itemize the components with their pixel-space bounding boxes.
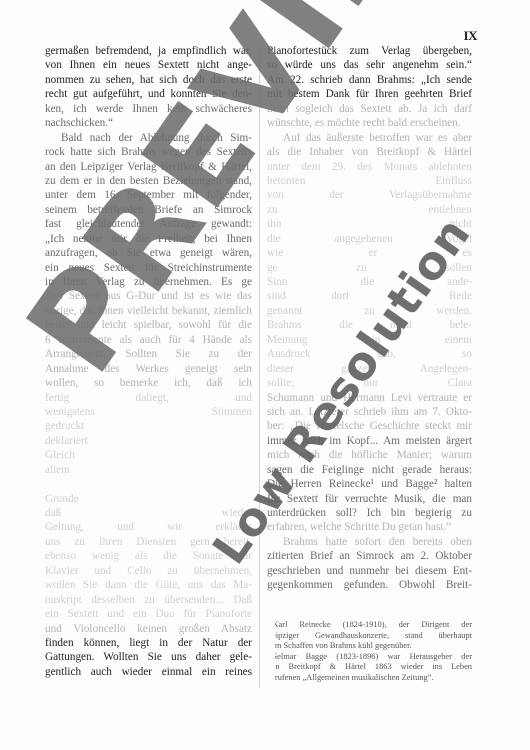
text-line: Sinn die ande- — [267, 275, 472, 289]
text-line: Die Herren Reinecke¹ und Bagge² halten — [267, 477, 472, 491]
text-line: nommen zu sehen, hat sich doch das erste — [45, 73, 252, 87]
text-line: heiter und leicht spielbar, sowohl für d… — [45, 318, 252, 332]
column-divider — [259, 48, 260, 688]
footnote-line: dem Schaffen von Brahms kühl gegenüber. — [275, 641, 472, 652]
text-line: ihn nicht — [267, 217, 472, 231]
footnote-text: Karl Reinecke (1824-1910), der Dirigent … — [275, 620, 472, 629]
text-line: denn sogleich das Sextett ab. Ja ich dar… — [267, 102, 472, 116]
text-line: unterdrücken soll? Ich bin begierig zu — [267, 506, 472, 520]
text-line: an den Leipziger Verlag Breitkopf & Härt… — [45, 160, 252, 174]
text-line: und Violoncello keinen großen Absatz — [45, 622, 252, 636]
text-line: Ausdruck gab, so — [267, 347, 472, 361]
text-line: Brahms die nicht bele- — [267, 318, 472, 332]
footnote-line: von Breitkopf & Härtel 1863 wieder ins L… — [275, 662, 472, 673]
text-line: Am 22. schrieb dann Brahms: „Ich sende — [267, 73, 472, 87]
text-line: Arrangement. Sollten Sie zu der — [45, 347, 252, 361]
text-line: Schumann und Hermann Levi vertraute er — [267, 391, 472, 405]
page-number: IX — [455, 28, 477, 44]
text-line: mit bestem Dank für Ihren geehrten Brief — [267, 87, 472, 101]
text-line: betonten Einfluss — [267, 174, 472, 188]
text-line: unter dem 16. September mit folgender, — [45, 188, 252, 202]
footnotes: ¹Karl Reinecke (1824-1910), der Dirigent… — [267, 620, 472, 684]
text-line: wollen Sie dann die Güte, uns das Ma- — [45, 578, 252, 592]
text-line: ein neues Sextett für Streichinstrumente — [45, 261, 252, 275]
text-line: in Ihren Verlag zu übernehmen. Es ge — [45, 275, 252, 289]
footnote-line: Leipziger Gewandhauskonzerte, stand über… — [275, 631, 472, 642]
text-line — [45, 477, 252, 491]
text-line: dieser ganzen Angelegen- — [267, 362, 472, 376]
text-line: gedruckt — [45, 419, 252, 433]
text-line: rock hatte sich Brahms wegen des Sextett… — [45, 145, 252, 159]
text-line: Pianofortestück zum Verlag übergeben, — [267, 44, 472, 58]
text-line: so würde uns das sehr angenehm sein.“ — [267, 58, 472, 72]
text-line: Gleich — [45, 448, 252, 462]
text-line: zu entlehnen — [267, 203, 472, 217]
text-line: allem — [45, 463, 252, 477]
text-line: gegenkommen gefunden. Obwohl Breit- — [267, 578, 472, 592]
text-line: ge zu sollen — [267, 261, 472, 275]
text-line: daß wieder — [45, 506, 252, 520]
text-line: genannt zu werden. — [267, 304, 472, 318]
text-line: von der Verlagsübernahme — [267, 188, 472, 202]
text-line: fast gleichlautender Anfrage gewandt: — [45, 217, 252, 231]
text-line: ken, ich werde Ihnen kein schwächeres — [45, 102, 252, 116]
footnote: ²Selmar Bagge (1823-1896) war Herausgebe… — [267, 652, 472, 684]
text-line: 6 Instrumente als auch für 4 Hände als — [45, 333, 252, 347]
text-line: vorige, das Ihnen vielleicht bekannt, zi… — [45, 304, 252, 318]
footnote-line: gerufenen „Allgemeinen musikalischen Zei… — [275, 673, 472, 684]
text-line: Annahme des Werkes geneigt sein — [45, 362, 252, 376]
text-line: Bald nach der Ablehnung durch Sim- — [45, 131, 252, 145]
text-line: fertig daliegt, und — [45, 391, 252, 405]
text-line: sagen die Feiglinge nicht gerade heraus: — [267, 463, 472, 477]
text-line: gentlich auch wieder einmal ein reines — [45, 665, 252, 679]
document-page: IX germaßen befremdend, ja empfindlich w… — [0, 0, 530, 750]
text-line: unter dem 29. des Monats ablehnten — [267, 160, 472, 174]
text-line: „Ich nehme mir die Freiheit, bei Ihnen — [45, 232, 252, 246]
text-line: sollte; nur Clara — [267, 376, 472, 390]
footnote-text: Selmar Bagge (1823-1896) war Herausgeber… — [275, 652, 472, 661]
text-line: Klavier und Cello zu übernehmen, — [45, 564, 252, 578]
text-line: ber: „Die Härtelsche Geschichte steckt m… — [267, 419, 472, 433]
text-line: sich an. Letzterer schrieb ihm am 7. Okt… — [267, 405, 472, 419]
text-line: sind dort in Rede — [267, 289, 472, 303]
text-line: uns zu Ihren Diensten gern bereit, — [45, 535, 252, 549]
footnote-line: ¹Karl Reinecke (1824-1910), der Dirigent… — [275, 620, 472, 631]
text-line: anzufragen, ob Sie etwa geneigt wären, — [45, 246, 252, 260]
text-line: dies Sextett aus G-Dur und ist es wie da… — [45, 289, 252, 303]
text-line: Meinung in einem — [267, 333, 472, 347]
text-line: wünschte, es möchte recht bald erscheine… — [267, 116, 472, 130]
text-line: Grunde — [45, 492, 252, 506]
text-line: die angegebenen Vogel — [267, 232, 472, 246]
text-line: als die Inhaber von Breitkopf & Härtel — [267, 145, 472, 159]
text-line: mich noch die höfliche Manier; warum — [267, 448, 472, 462]
text-line: erfahren, welche Schritte Du getan hast.… — [267, 520, 472, 534]
text-line: von Ihnen ein neues Sextett nicht ange- — [45, 58, 252, 72]
text-line: wenigstens Stimmen — [45, 405, 252, 419]
right-text-column: Pianofortestück zum Verlag übergeben,so … — [267, 44, 472, 593]
text-line: ebenso wenig als die Sonate für — [45, 549, 252, 563]
text-line: nachschicken.“ — [45, 116, 252, 130]
text-line: wollen, so bemerke ich, daß ich — [45, 376, 252, 390]
text-line: geschrieben und nunmehr bei diesem Ent- — [267, 564, 472, 578]
text-line: nuskript desselben zu übersenden... Daß — [45, 593, 252, 607]
text-line: wie er es — [267, 246, 472, 260]
left-text-column: germaßen befremdend, ja empfindlich war,… — [45, 44, 252, 679]
text-line: Auf das äußerste betroffen war es aber — [267, 131, 472, 145]
text-line: Brahms hatte sofort den bereits oben — [267, 535, 472, 549]
text-line: finden können, liegt in der Natur der — [45, 636, 252, 650]
text-line: deklariert — [45, 434, 252, 448]
text-line: zu dem er in den besten Beziehungen stan… — [45, 174, 252, 188]
text-line: germaßen befremdend, ja empfindlich war, — [45, 44, 252, 58]
footnote: ¹Karl Reinecke (1824-1910), der Dirigent… — [267, 620, 472, 652]
text-line: Ihr Sextett für verruchte Musik, die man — [267, 492, 472, 506]
text-line: zitierten Brief an Simrock am 2. Oktober — [267, 549, 472, 563]
footnote-line: ²Selmar Bagge (1823-1896) war Herausgebe… — [275, 652, 472, 663]
text-line: Geltung, und wir erklären — [45, 520, 252, 534]
text-line: Gattungen. Wollten Sie uns daher gele- — [45, 650, 252, 664]
text-line: ein Sextett und ein Duo für Pianoforte — [45, 607, 252, 621]
text-line: immer noch im Kopf... Am meisten ärgert — [267, 434, 472, 448]
text-line: seinem betreffenden Briefe an Simrock — [45, 203, 252, 217]
text-line: recht gut aufgeführt, und konnten Sie de… — [45, 87, 252, 101]
